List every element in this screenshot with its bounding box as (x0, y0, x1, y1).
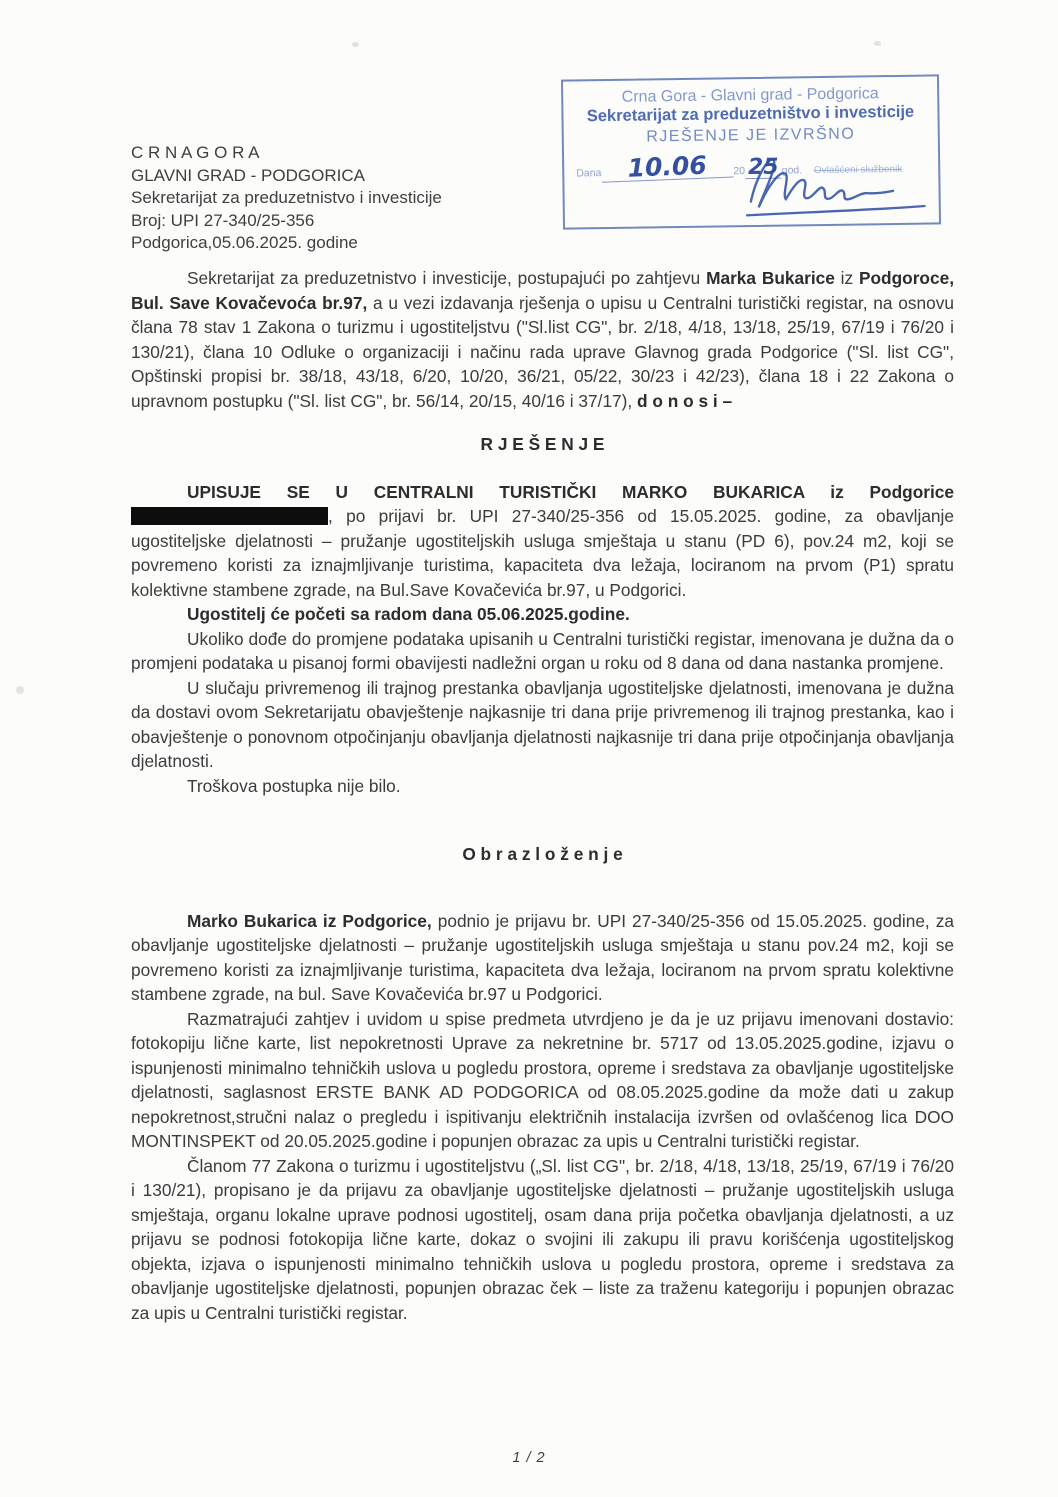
heading-obrazlozenje: O b r a z l o ž e n j e (131, 842, 954, 867)
letterhead-case-number: Broj: UPI 27-340/25-356 (131, 210, 442, 233)
stamp-department-line: Sekretarijat za preduzetništvo i investi… (569, 102, 931, 126)
letterhead-city: GLAVNI GRAD - PODGORICA (131, 165, 442, 188)
decision-paragraph: UPISUJE SE U CENTRALNI TURISTIČKI MARKO … (131, 480, 954, 603)
letterhead-department: Sekretarijat za preduzetnistvo i investi… (131, 187, 442, 210)
executed-stamp: Crna Gora - Glavni grad - Podgorica Sekr… (561, 74, 941, 229)
intro-paragraph: Sekretarijat za preduzetnistvo i investi… (131, 266, 954, 413)
letterhead-place-date: Podgorica,05.06.2025. godine (131, 232, 442, 255)
application-paragraph: Marko Bukarica iz Podgorice, podnio je p… (131, 909, 954, 1007)
scan-artifact (352, 42, 359, 47)
document-page: C R N A G O R A GLAVNI GRAD - PODGORICA … (0, 0, 1058, 1497)
heading-rjesenje: R J E Š E N J E (131, 432, 954, 457)
law-article-paragraph: Članom 77 Zakona o turizmu i ugostiteljs… (131, 1154, 954, 1326)
page-number: 1 / 2 (0, 1450, 1058, 1466)
document-body: Sekretarijat za preduzetnistvo i investi… (131, 266, 954, 1325)
letterhead-country: C R N A G O R A (131, 142, 442, 165)
intro-text-2: iz (835, 268, 859, 288)
donosi-word: d o n o s i – (637, 391, 732, 411)
stamp-date-label: Dana (576, 167, 601, 181)
intro-text-1: Sekretarijat za preduzetnistvo i investi… (187, 268, 706, 288)
cessation-notice-paragraph: U slučaju privremenog ili trajnog presta… (131, 676, 954, 774)
letterhead: C R N A G O R A GLAVNI GRAD - PODGORICA … (131, 142, 442, 255)
redacted-personal-id (131, 507, 328, 525)
applicant-name: Marka Bukarice (706, 268, 835, 288)
scan-artifact (874, 41, 881, 46)
stamp-executed-line: RJEŠENJE JE IZVRŠNO (570, 124, 932, 147)
evidence-paragraph: Razmatrajući zahtjev i uvidom u spise pr… (131, 1007, 954, 1154)
decision-bold-intro: UPISUJE SE U CENTRALNI TURISTIČKI MARKO … (187, 482, 954, 502)
start-date-line: Ugostitelj će početi sa radom dana 05.06… (131, 602, 954, 627)
handwritten-date: 10.06 (601, 153, 734, 183)
application-bold-intro: Marko Bukarica iz Podgorice, (187, 911, 432, 931)
change-notice-paragraph: Ukoliko dođe do promjene podataka upisan… (131, 627, 954, 676)
scan-artifact (16, 686, 24, 694)
costs-line: Troškova postupka nije bilo. (131, 774, 954, 799)
signature (736, 144, 933, 225)
